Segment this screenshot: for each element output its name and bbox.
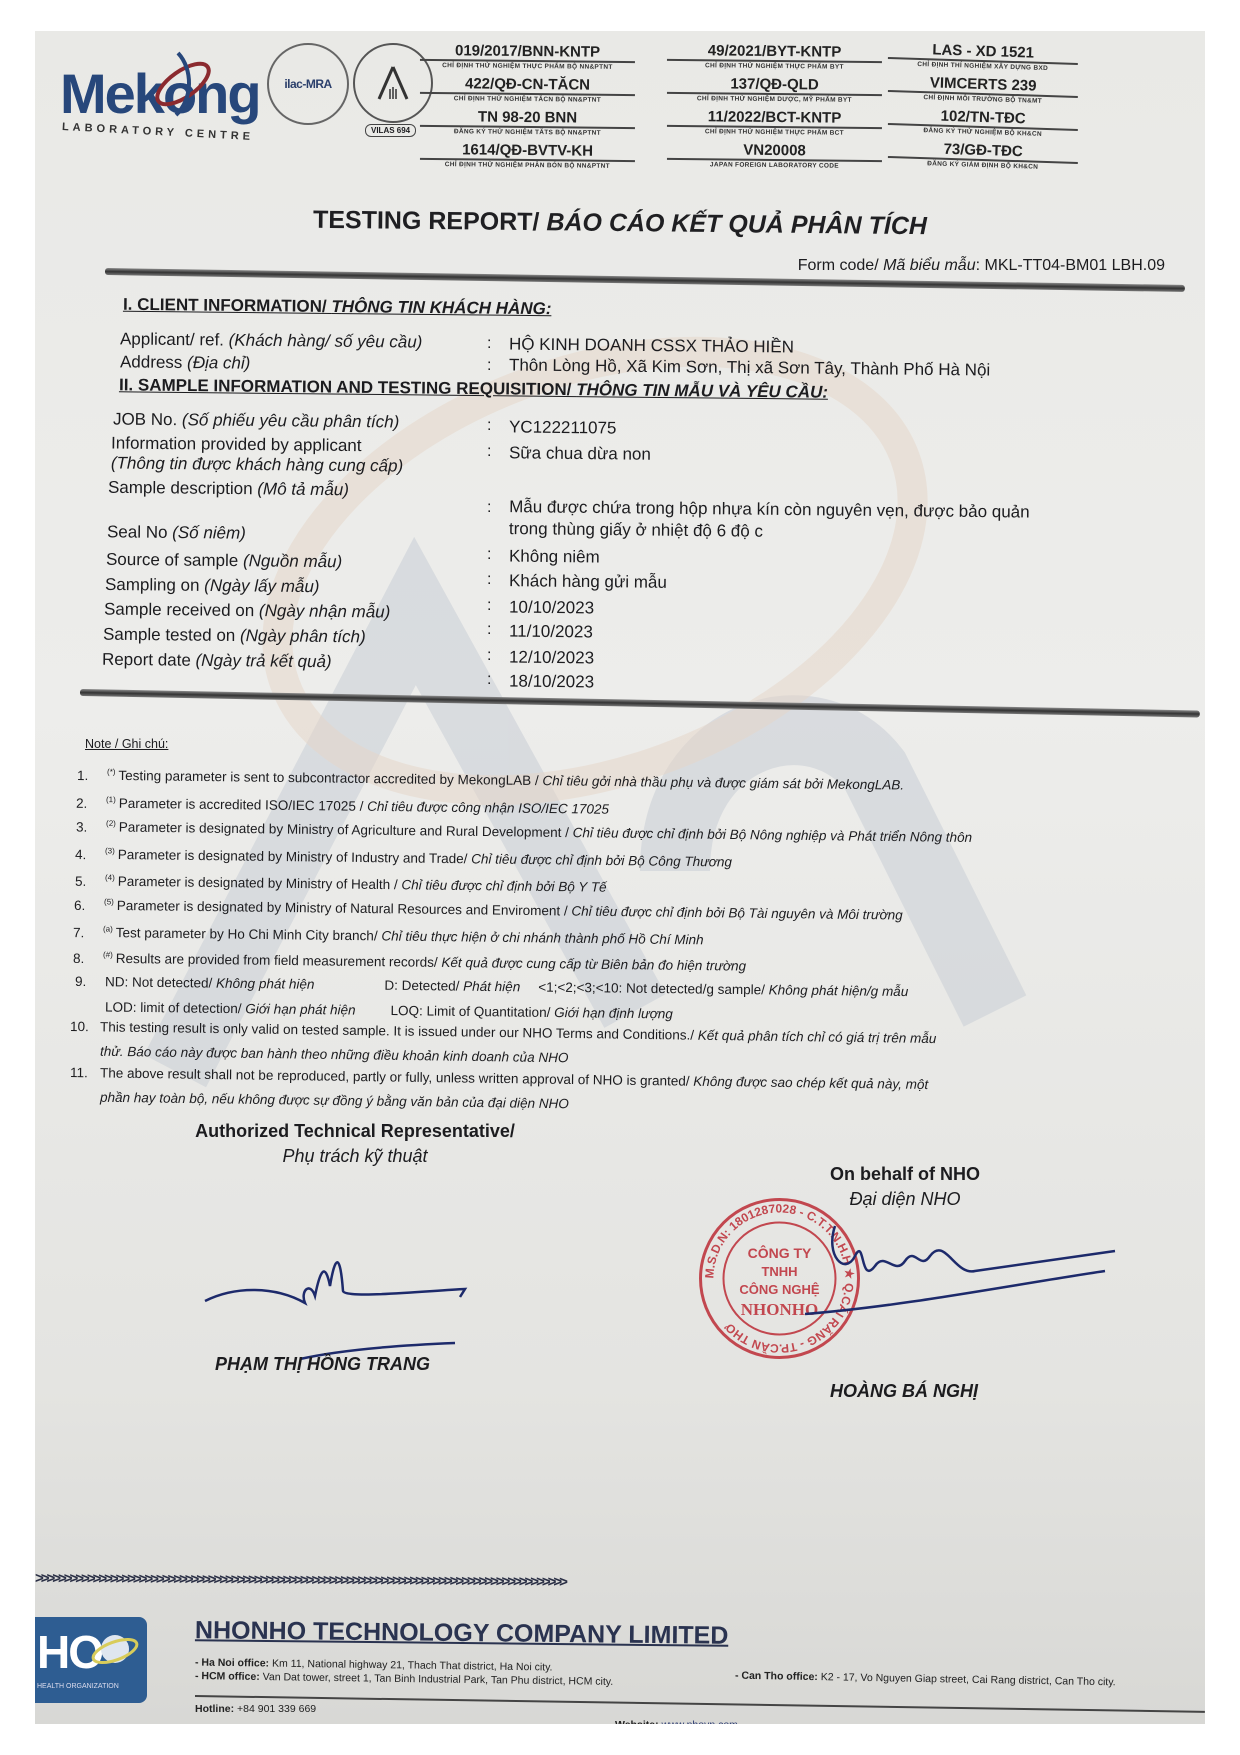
technical-rep-name: PHẠM THỊ HỒNG TRANG: [215, 1354, 430, 1375]
note-item-11-cont: phần hay toàn bộ, nếu không được sự đồng…: [100, 1090, 569, 1113]
footer-divider: [195, 1695, 1205, 1713]
technical-rep-block: Authorized Technical Representative/ Phụ…: [155, 1121, 555, 1167]
boa-tent-icon: [373, 63, 413, 103]
sample-field-value: 12/10/2023: [509, 647, 594, 670]
page-title: TESTING REPORT/ BÁO CÁO KẾT QUẢ PHÂN TÍC…: [35, 203, 1205, 244]
sample-section-heading: II. SAMPLE INFORMATION AND TESTING REQUI…: [119, 375, 828, 402]
note-item: 8.(#)Results are provided from field mea…: [73, 947, 746, 975]
vilas-badge: VILAS 694: [365, 124, 416, 137]
atom-orbit-icon: [148, 49, 218, 119]
note-item-9-lod: LOD: limit of detection/ Giới hạn phát h…: [105, 1000, 673, 1023]
nho-rep-name: HOÀNG BÁ NGHỊ: [830, 1381, 978, 1402]
accreditation-code: 019/2017/BNN-KNTPCHỈ ĐỊNH THỬ NGHIỆM THỰ…: [420, 42, 635, 72]
accreditation-code: 73/GĐ-TĐCĐĂNG KÝ GIÁM ĐỊNH BỘ KH&CN: [888, 139, 1079, 173]
note-item: 4.(3)Parameter is designated by Ministry…: [75, 843, 732, 871]
accreditation-code: LAS - XD 1521CHỈ ĐỊNH THÍ NGHIỆM XÂY DỰN…: [888, 40, 1079, 74]
note-item: 1.(*)Testing parameter is sent to subcon…: [77, 764, 904, 794]
accreditation-code: VN20008JAPAN FOREIGN LABORATORY CODE: [667, 141, 882, 171]
nho-rep-signature-icon: [805, 1216, 1135, 1326]
note-item: 2.(1)Parameter is accredited ISO/IEC 170…: [76, 792, 609, 818]
accreditation-code: 11/2022/BCT-KNTPCHỈ ĐỊNH THỬ NGHIỆM THỰC…: [667, 108, 882, 138]
accreditation-code: 422/QĐ-CN-TĂCNCHỈ ĐỊNH THỬ NGHIỆM TĂCN B…: [420, 75, 635, 105]
note-item: 7.(a)Test parameter by Ho Chi Minh City …: [73, 921, 704, 948]
report-page: Mekong LABORATORY CENTRE ilac-MRA VILAS …: [35, 31, 1205, 1724]
sample-field-value: Khách hàng gửi mẫu: [509, 570, 667, 594]
svg-text:TNHH: TNHH: [761, 1264, 797, 1279]
accreditation-code: TN 98-20 BNNĐĂNG KÝ THỬ NGHIỆM TĂTS BỘ N…: [420, 108, 635, 138]
website-link[interactable]: Website: www.nhovn.com: [615, 1719, 738, 1724]
sample-field-value: Mẫu được chứa trong hộp nhựa kín còn ngu…: [509, 496, 1069, 546]
note-item: 5.(4)Parameter is designated by Ministry…: [74, 870, 606, 896]
notes-heading: Note / Ghi chú:: [85, 737, 168, 751]
note-item-11: 11.The above result shall not be reprodu…: [70, 1065, 928, 1093]
sample-field-value: YC122211075: [509, 416, 617, 439]
client-field-value: Thôn Lòng Hồ, Xã Kim Sơn, Thị xã Sơn Tây…: [509, 354, 990, 381]
sample-divider: [80, 689, 1200, 717]
sample-field-value: 18/10/2023: [509, 671, 594, 694]
sample-field-value: Sữa chua dừa non: [509, 442, 651, 465]
hotline: Hotline: +84 901 339 669: [195, 1703, 316, 1715]
sample-field-value: Không niêm: [509, 546, 600, 569]
accreditation-code: 49/2021/BYT-KNTPCHỈ ĐỊNH THỬ NGHIỆM THỰC…: [667, 42, 882, 72]
note-item-10: 10.This testing result is only valid on …: [70, 1019, 937, 1047]
accreditation-code: 102/TN-TĐCĐĂNG KÝ THỬ NGHIỆM BỘ KH&CN: [888, 106, 1079, 140]
accreditation-code: VIMCERTS 239CHỈ ĐỊNH MÔI TRƯỜNG BỘ TN&MT: [888, 73, 1079, 107]
sample-field-value: 10/10/2023: [509, 597, 594, 620]
nho-logo: HO HEALTH ORGANIZATION: [35, 1617, 147, 1703]
technical-rep-signature-icon: [195, 1241, 495, 1361]
note-item-10-cont: thử. Báo cáo này được ban hành theo nhữn…: [100, 1044, 569, 1067]
note-item-9: 9.ND: Not detected/ Không phát hiệnD: De…: [75, 974, 908, 1000]
sample-field-value: 11/10/2023: [509, 621, 593, 644]
cantho-office: - Can Tho office: K2 - 17, Vo Nguyen Gia…: [735, 1670, 1116, 1689]
note-item: 6.(5)Parameter is designated by Ministry…: [74, 894, 903, 924]
svg-text:CÔNG TY: CÔNG TY: [748, 1244, 812, 1261]
accreditation-code: 137/QĐ-QLDCHỈ ĐỊNH THỬ NGHIỆM DƯỢC, MỸ P…: [667, 75, 882, 105]
client-section-heading: I. CLIENT INFORMATION/ THÔNG TIN KHÁCH H…: [123, 295, 552, 319]
accreditation-code: 1614/QĐ-BVTV-KHCHỈ ĐỊNH THỬ NGHIỆM PHÂN …: [420, 141, 635, 171]
form-code: Form code/ Mã biểu mẫu: MKL-TT04-BM01 LB…: [798, 257, 1165, 275]
mekong-lab-logo: Mekong LABORATORY CENTRE: [60, 49, 260, 139]
company-name: NHONHO TECHNOLOGY COMPANY LIMITED: [195, 1616, 729, 1651]
footer-chevron-band: >>>>>>>>>>>>>>>>>>>>>>>>>>>>>>>>>>>>>>>>…: [35, 1570, 1205, 1595]
ilac-mra-seal: ilac-MRA: [267, 43, 349, 125]
note-item: 3.(2)Parameter is designated by Ministry…: [76, 816, 972, 846]
globe-icon: [90, 1627, 140, 1672]
